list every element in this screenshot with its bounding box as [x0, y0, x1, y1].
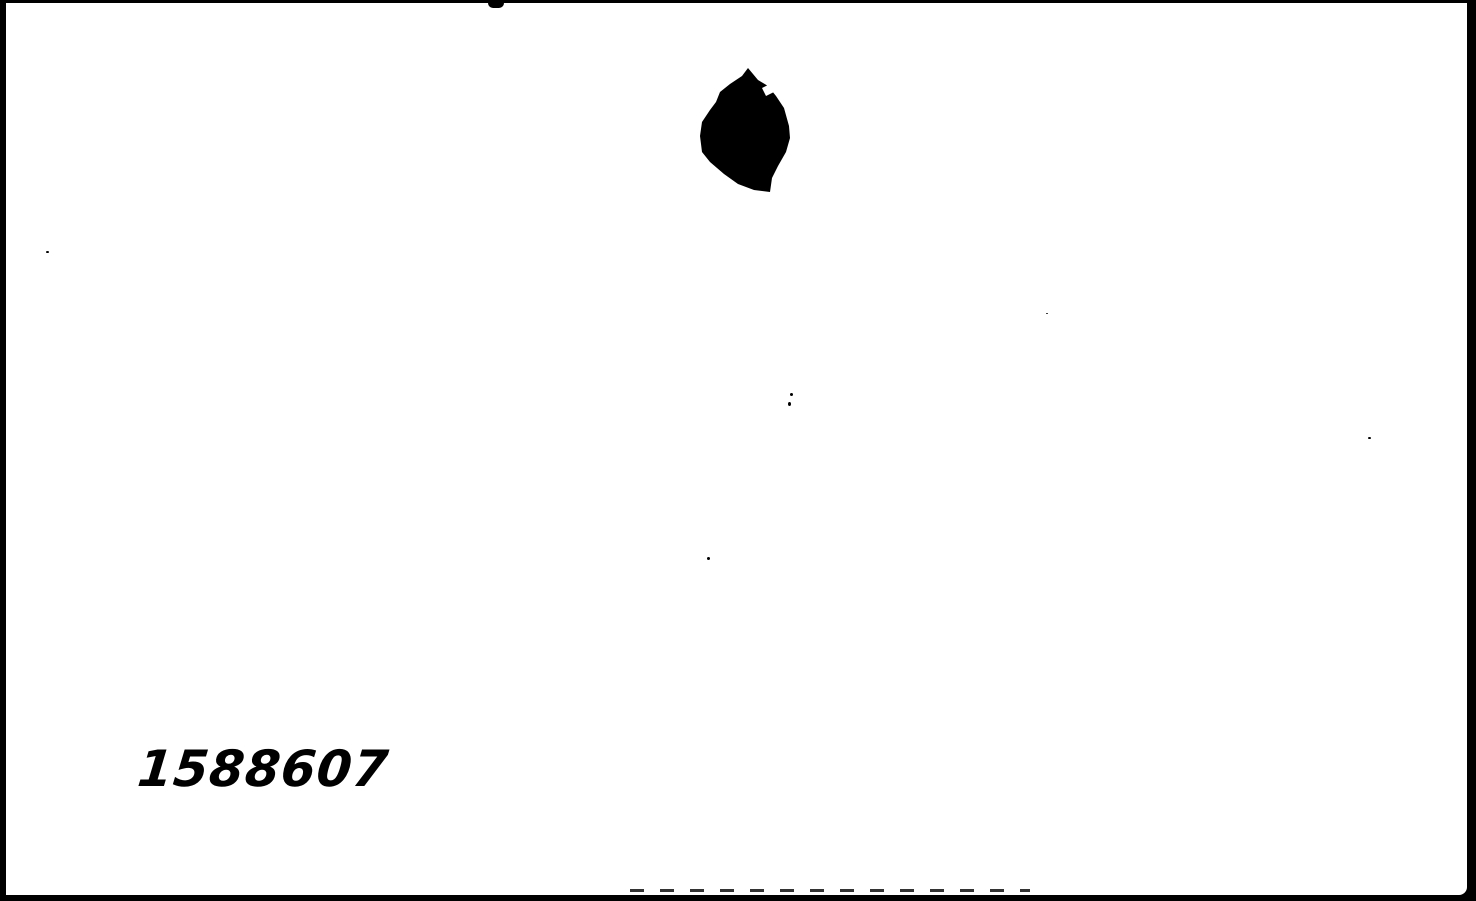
bottom-edge-marks: [630, 889, 1030, 892]
speck: [46, 251, 49, 253]
scan-background: 1588607: [0, 0, 1476, 901]
punched-hole-icon: [698, 66, 791, 194]
speck: [707, 557, 710, 560]
speck: [788, 402, 791, 406]
top-edge-notch: [488, 3, 504, 8]
speck: [1368, 437, 1371, 439]
speck: [790, 393, 793, 396]
handwritten-number: 1588607: [135, 744, 391, 794]
speck: [1046, 313, 1048, 314]
